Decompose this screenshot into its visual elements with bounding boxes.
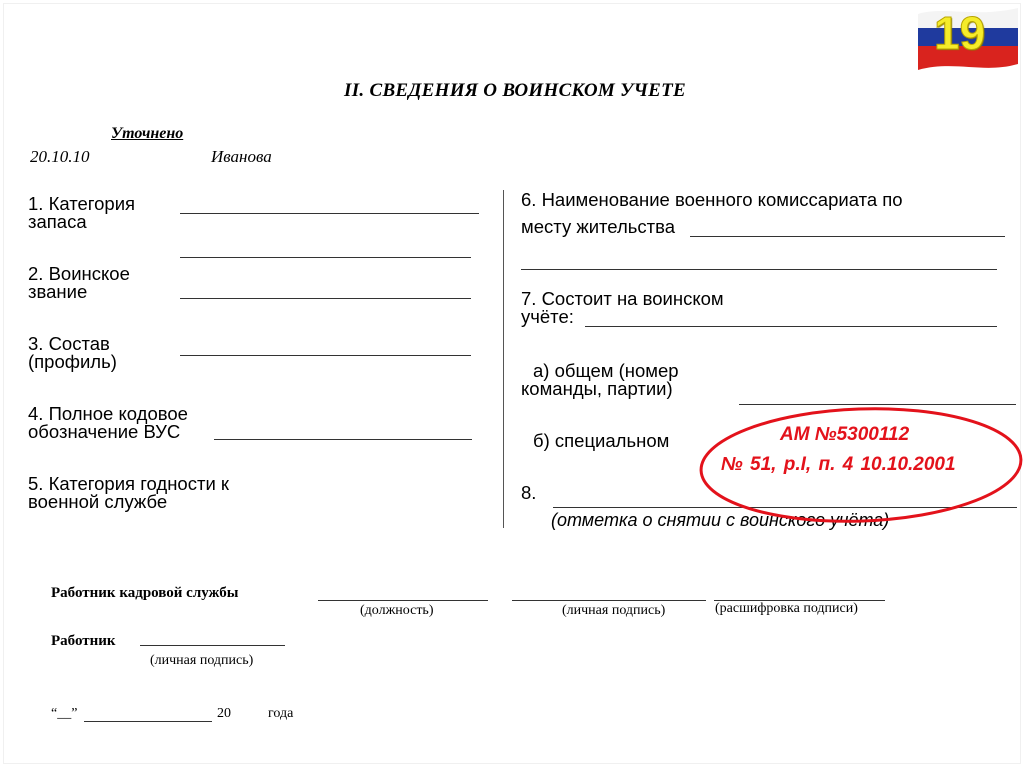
signature-decode-caption: (расшифровка подписи) xyxy=(715,601,858,617)
field-label-line: (профиль) xyxy=(28,353,117,371)
page-number: 19 xyxy=(934,6,985,60)
field-commissariat-label-2: месту жительства xyxy=(521,218,675,236)
position-input-line[interactable] xyxy=(318,600,488,601)
worker-label: Работник xyxy=(51,633,116,650)
clarified-date: 20.10.10 xyxy=(30,147,90,167)
vus-code-input-line[interactable] xyxy=(214,439,472,440)
field-vus-code-label: 4. Полное кодовое обозначение ВУС xyxy=(28,405,188,441)
column-divider xyxy=(503,190,504,528)
stamp-line-1: АМ №5300112 xyxy=(780,424,909,446)
field-label-line: запаса xyxy=(28,213,135,231)
field-label-line: военной службе xyxy=(28,493,229,511)
commissariat-input-line-2[interactable] xyxy=(521,269,997,270)
field-deregistration-number: 8. xyxy=(521,484,536,502)
field-label-line: звание xyxy=(28,283,130,301)
section-title: II. СВЕДЕНИЯ О ВОИНСКОМ УЧЕТЕ xyxy=(344,80,686,102)
field-special-label: б) специальном xyxy=(533,432,669,450)
field-commissariat-label-1: 6. Наименование военного комиссариата по xyxy=(521,191,903,209)
field-label-line: обозначение ВУС xyxy=(28,423,188,441)
date-day: “__” xyxy=(51,706,77,722)
worker-signature-caption: (личная подпись) xyxy=(150,653,253,669)
commissariat-input-line[interactable] xyxy=(690,236,1005,237)
field-composition-label: 3. Состав (профиль) xyxy=(28,335,117,371)
worker-signature-input-line[interactable] xyxy=(140,645,285,646)
stamp-line-2: № 51, р.I, п. 4 10.10.2001 xyxy=(721,454,956,476)
field-registered-label-2: учёте: xyxy=(521,308,574,326)
field-general-label-2: команды, партии) xyxy=(521,380,673,398)
date-suffix: года xyxy=(268,706,293,722)
clarified-label: Уточнено xyxy=(111,125,183,143)
position-caption: (должность) xyxy=(360,603,433,619)
military-rank-input-line[interactable] xyxy=(180,298,471,299)
hr-worker-label: Работник кадровой службы xyxy=(51,585,238,602)
field-military-rank-label: 2. Воинское звание xyxy=(28,265,130,301)
date-month-input-line[interactable] xyxy=(84,721,212,722)
reserve-category-input-line[interactable] xyxy=(180,213,479,214)
composition-input-line[interactable] xyxy=(180,355,471,356)
date-year-prefix: 20 xyxy=(217,706,231,722)
page-frame xyxy=(3,3,1021,764)
clarified-name: Иванова xyxy=(211,147,272,167)
field-fitness-category-label: 5. Категория годности к военной службе xyxy=(28,475,229,511)
registered-input-line[interactable] xyxy=(585,326,997,327)
field-reserve-category-label: 1. Категория запаса xyxy=(28,195,135,231)
extra-input-line[interactable] xyxy=(180,257,471,258)
hr-signature-caption: (личная подпись) xyxy=(562,603,665,619)
hr-signature-input-line[interactable] xyxy=(512,600,706,601)
